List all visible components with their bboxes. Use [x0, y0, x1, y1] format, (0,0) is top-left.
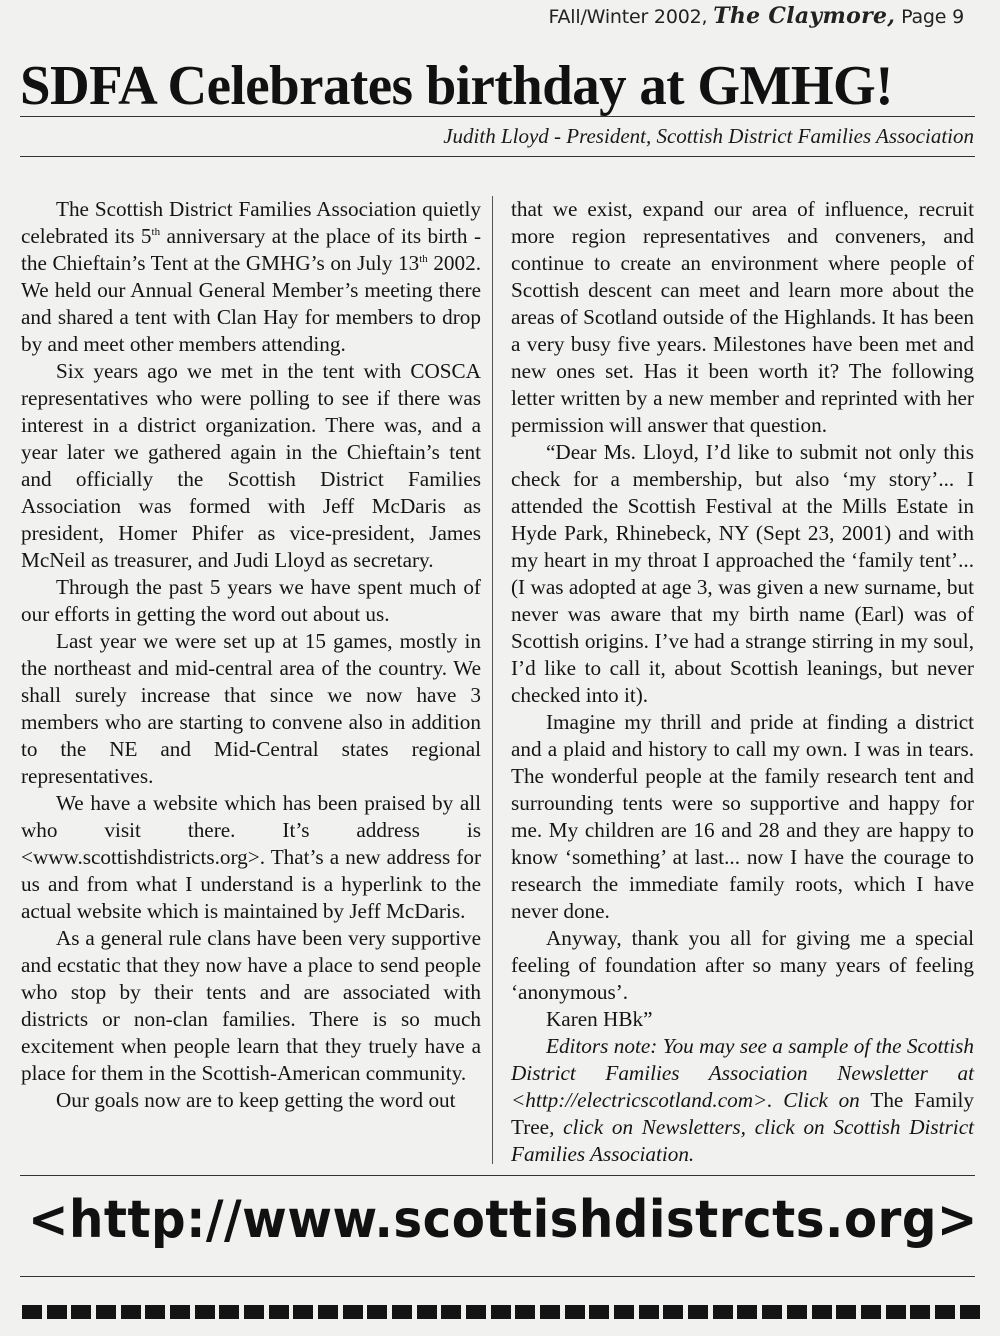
square-ornament: [614, 1305, 634, 1319]
article-title: SDFA Celebrates birthday at GMHG!: [20, 56, 961, 116]
square-ornament: [960, 1305, 980, 1319]
square-ornament: [244, 1305, 264, 1319]
paragraph: Last year we were set up at 15 games, mo…: [21, 628, 481, 790]
square-ornament: [589, 1305, 609, 1319]
letter-signature: Karen HBk”: [511, 1006, 974, 1033]
square-ornament: [96, 1305, 116, 1319]
website-url-banner[interactable]: <http://www.scottishdistrcts.org>: [28, 1188, 912, 1252]
square-ornament: [343, 1305, 363, 1319]
square-ornament: [441, 1305, 461, 1319]
square-ornament: [269, 1305, 289, 1319]
square-ornament: [47, 1305, 67, 1319]
letter-paragraph: Imagine my thrill and pride at finding a…: [511, 709, 974, 925]
square-ornament: [886, 1305, 906, 1319]
square-ornament: [318, 1305, 338, 1319]
footer-bottom-rule: [20, 1276, 975, 1277]
page-label: Page: [901, 6, 946, 28]
square-ornament: [22, 1305, 42, 1319]
page-number: 9: [952, 6, 964, 28]
paragraph: The Scottish District Families Associati…: [21, 196, 481, 358]
square-ornament: [935, 1305, 955, 1319]
square-ornament: [170, 1305, 190, 1319]
square-ornament: [565, 1305, 585, 1319]
decorative-square-border: [22, 1305, 980, 1319]
square-ornament: [836, 1305, 856, 1319]
paragraph: Our goals now are to keep getting the wo…: [21, 1087, 481, 1114]
letter-paragraph: Anyway, thank you all for giving me a sp…: [511, 925, 974, 1006]
square-ornament: [861, 1305, 881, 1319]
square-ornament: [417, 1305, 437, 1319]
square-ornament: [787, 1305, 807, 1319]
paragraph: Six years ago we met in the tent with CO…: [21, 358, 481, 574]
square-ornament: [663, 1305, 683, 1319]
paragraph: As a general rule clans have been very s…: [21, 925, 481, 1087]
footer-top-rule: [20, 1175, 975, 1176]
title-rule: [20, 116, 975, 117]
square-ornament: [762, 1305, 782, 1319]
square-ornament: [713, 1305, 733, 1319]
square-ornament: [639, 1305, 659, 1319]
paragraph: that we exist, expand our area of influe…: [511, 196, 974, 439]
column-divider: [492, 196, 493, 1164]
right-column: that we exist, expand our area of influe…: [511, 196, 974, 1168]
left-column: The Scottish District Families Associati…: [21, 196, 481, 1114]
square-ornament: [367, 1305, 387, 1319]
byline-rule: [20, 156, 975, 157]
publication-name: The Claymore,: [713, 3, 895, 29]
square-ornament: [491, 1305, 511, 1319]
issue-label: FAll/Winter 2002,: [549, 6, 708, 28]
paragraph: Through the past 5 years we have spent m…: [21, 574, 481, 628]
square-ornament: [71, 1305, 91, 1319]
square-ornament: [392, 1305, 412, 1319]
square-ornament: [737, 1305, 757, 1319]
square-ornament: [910, 1305, 930, 1319]
square-ornament: [812, 1305, 832, 1319]
square-ornament: [121, 1305, 141, 1319]
square-ornament: [540, 1305, 560, 1319]
editors-note: Editors note: You may see a sample of th…: [511, 1033, 974, 1168]
paragraph: We have a website which has been praised…: [21, 790, 481, 925]
square-ornament: [145, 1305, 165, 1319]
square-ornament: [293, 1305, 313, 1319]
square-ornament: [466, 1305, 486, 1319]
square-ornament: [688, 1305, 708, 1319]
square-ornament: [515, 1305, 535, 1319]
square-ornament: [219, 1305, 239, 1319]
running-head: FAll/Winter 2002, The Claymore, Page 9: [549, 3, 964, 29]
byline: Judith Lloyd - President, Scottish Distr…: [443, 124, 974, 149]
letter-paragraph: “Dear Ms. Lloyd, I’d like to submit not …: [511, 439, 974, 709]
square-ornament: [195, 1305, 215, 1319]
